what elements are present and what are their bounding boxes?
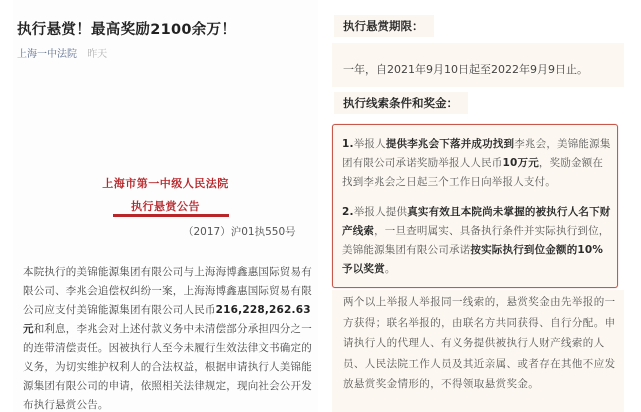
court-name: 上海市第一中级人民法院 (13, 175, 318, 191)
article-panel: 执行悬赏！最高奖励2100余万！ 上海一中法院 昨天 上海市第一中级人民法院 执… (13, 0, 318, 412)
red-divider (113, 214, 229, 217)
article-time: 昨天 (87, 49, 107, 60)
reward-conditions-box: 1.举报人提供李兆会下落并成功找到李兆会，美锦能源集团有限公司承诺奖励举报人人民… (332, 124, 618, 288)
notice-body: 本院执行的美锦能源集团有限公司与上海海博鑫惠国际贸易有限公司、李兆会追偿权纠纷一… (23, 263, 318, 412)
item-text: 。 (385, 263, 396, 275)
notice-title: 执行悬赏公告 (13, 198, 318, 214)
reward-item-2: 2.举报人提供真实有效且本院尚未掌握的被执行人名下财产线索，一旦查明属实、具备执… (342, 203, 612, 279)
case-number: （2017）沪01执550号 (183, 224, 296, 239)
reward-details-panel: 执行悬赏期限： 一年，自2021年9月10日起至2022年9月9日止。 执行线索… (326, 0, 641, 412)
item-number: 2. (342, 206, 354, 218)
item-emphasis: 提供李兆会下落并成功找到 (386, 138, 514, 150)
notice-body-part2: 和利息，李兆会对上述付款义务中未清偿部分承担四分之一的连带清偿责任。因被执行人至… (23, 323, 312, 411)
item-emphasis: 10万元 (503, 157, 539, 169)
article-source-link[interactable]: 上海一中法院 (17, 49, 77, 60)
article-title: 执行悬赏！最高奖励2100余万！ (17, 18, 236, 39)
reward-conditions-heading: 执行线索条件和奖金： (334, 92, 468, 114)
reward-period-text: 一年，自2021年9月10日起至2022年9月9日止。 (343, 63, 588, 76)
reward-period-heading: 执行悬赏期限： (334, 15, 434, 37)
reward-rules-text: 两个以上举报人举报同一线索的，悬赏奖金由先举报的一方获得；联名举报的，由联名方共… (343, 296, 616, 390)
reward-period-box: 一年，自2021年9月10日起至2022年9月9日止。 (332, 43, 624, 87)
item-text: 举报人 (354, 138, 386, 150)
item-text: 举报人提供 (354, 206, 408, 218)
reward-rules-footer: 两个以上举报人举报同一线索的，悬赏奖金由先举报的一方获得；联名举报的，由联名方共… (332, 290, 624, 412)
article-meta: 上海一中法院 昨天 (17, 45, 107, 60)
reward-item-1: 1.举报人提供李兆会下落并成功找到李兆会，美锦能源集团有限公司承诺奖励举报人人民… (342, 135, 612, 192)
item-number: 1. (342, 138, 354, 150)
screenshot-collage: 执行悬赏！最高奖励2100余万！ 上海一中法院 昨天 上海市第一中级人民法院 执… (0, 0, 641, 412)
